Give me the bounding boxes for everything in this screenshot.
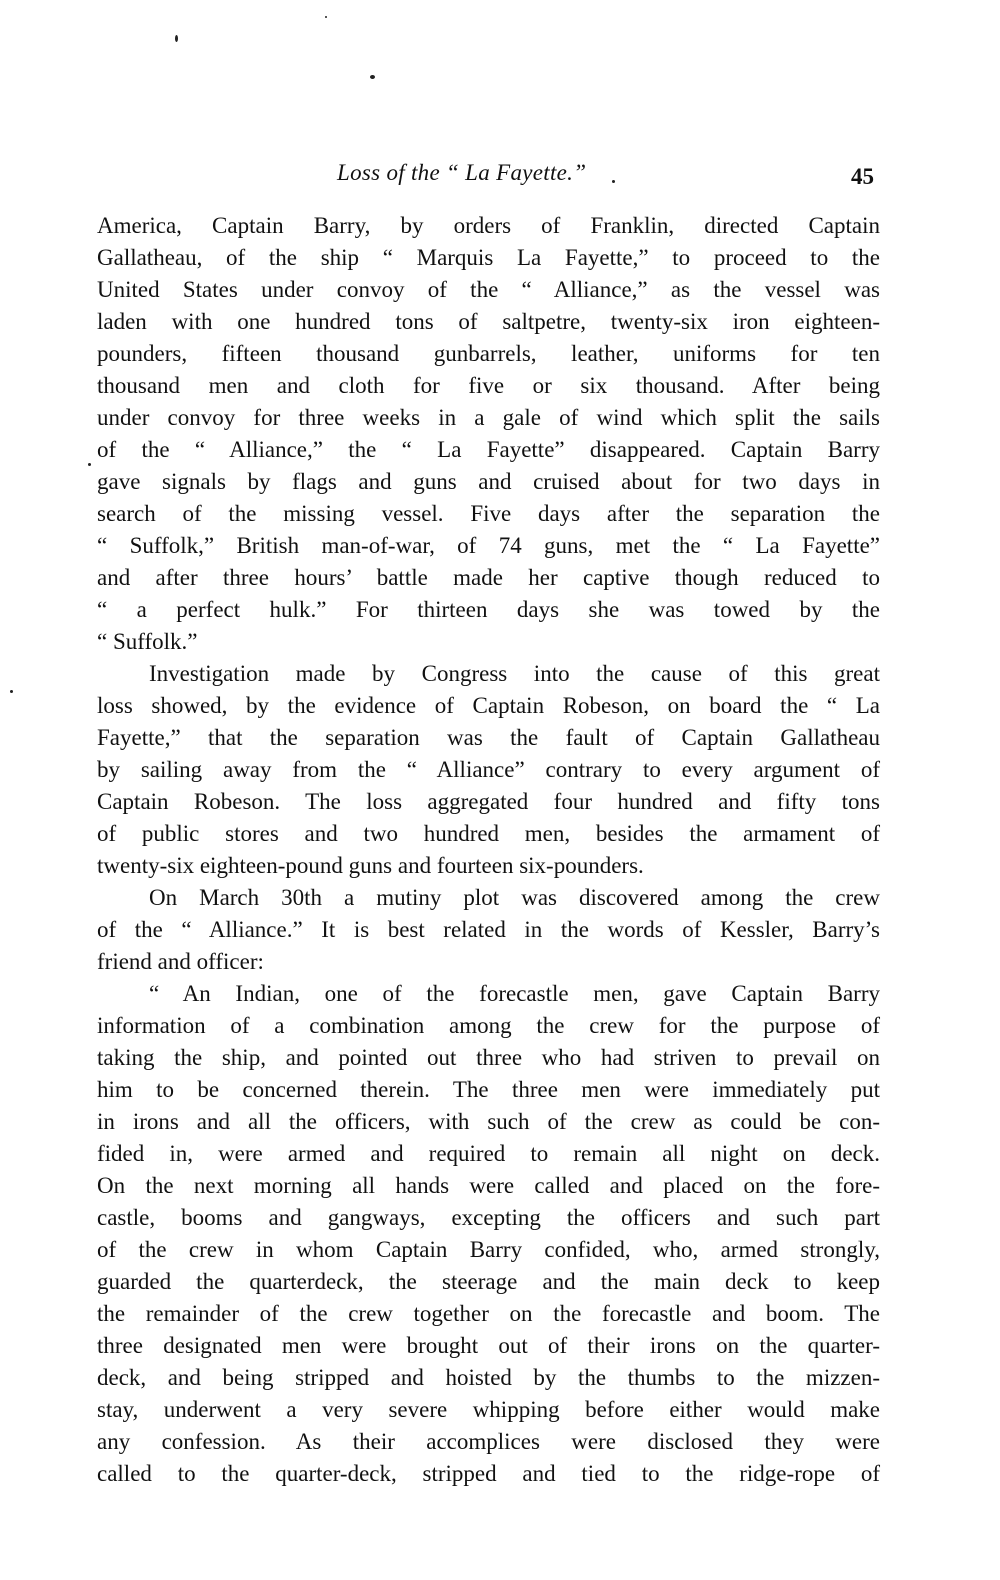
- text-line: information of a combination among the c…: [97, 1010, 880, 1042]
- text-line: three designated men were brought out of…: [97, 1330, 880, 1362]
- page-number: 45: [851, 164, 874, 190]
- text-line: twenty-six eighteen-pound guns and fourt…: [97, 850, 880, 882]
- text-line: of the “ Alliance,” the “ La Fayette” di…: [97, 434, 880, 466]
- text-line: “ Suffolk,” British man-of-war, of 74 gu…: [97, 530, 880, 562]
- text-line: On March 30th a mutiny plot was discover…: [97, 882, 880, 914]
- text-line: fided in, were armed and required to rem…: [97, 1138, 880, 1170]
- scan-speck: [10, 690, 13, 693]
- text-line: Gallatheau, of the ship “ Marquis La Fay…: [97, 242, 880, 274]
- text-line: any confession. As their accomplices wer…: [97, 1426, 880, 1458]
- scan-speck: [370, 75, 375, 79]
- text-line: taking the ship, and pointed out three w…: [97, 1042, 880, 1074]
- text-line: called to the quarter-deck, stripped and…: [97, 1458, 880, 1490]
- running-head: Loss of the “ La Fayette.” 45: [0, 160, 1000, 196]
- scan-speck: [325, 16, 327, 18]
- text-line: pounders, fifteen thousand gunbarrels, l…: [97, 338, 880, 370]
- text-line: “ Suffolk.”: [97, 626, 880, 658]
- text-line: under convoy for three weeks in a gale o…: [97, 402, 880, 434]
- text-line: thousand men and cloth for five or six t…: [97, 370, 880, 402]
- text-line: in irons and all the officers, with such…: [97, 1106, 880, 1138]
- text-line: of public stores and two hundred men, be…: [97, 818, 880, 850]
- text-line: friend and officer:: [97, 946, 880, 978]
- text-line: by sailing away from the “ Alliance” con…: [97, 754, 880, 786]
- text-line: On the next morning all hands were calle…: [97, 1170, 880, 1202]
- text-line: of the crew in whom Captain Barry confid…: [97, 1234, 880, 1266]
- text-line: of the “ Alliance.” It is best related i…: [97, 914, 880, 946]
- text-line: castle, booms and gangways, excepting th…: [97, 1202, 880, 1234]
- text-line: gave signals by flags and guns and cruis…: [97, 466, 880, 498]
- text-line: the remainder of the crew together on th…: [97, 1298, 880, 1330]
- text-line: laden with one hundred tons of saltpetre…: [97, 306, 880, 338]
- text-line: search of the missing vessel. Five days …: [97, 498, 880, 530]
- text-line: loss showed, by the evidence of Captain …: [97, 690, 880, 722]
- text-line: stay, underwent a very severe whipping b…: [97, 1394, 880, 1426]
- scan-speck: [612, 180, 615, 183]
- text-line: Fayette,” that the separation was the fa…: [97, 722, 880, 754]
- scan-speck: [175, 35, 178, 42]
- text-line: “ An Indian, one of the forecastle men, …: [97, 978, 880, 1010]
- text-line: United States under convoy of the “ Alli…: [97, 274, 880, 306]
- text-line: “ a perfect hulk.” For thirteen days she…: [97, 594, 880, 626]
- text-line: Captain Robeson. The loss aggregated fou…: [97, 786, 880, 818]
- body-text: America, Captain Barry, by orders of Fra…: [97, 210, 880, 1490]
- text-line: America, Captain Barry, by orders of Fra…: [97, 210, 880, 242]
- running-title: Loss of the “ La Fayette.”: [337, 160, 586, 186]
- text-line: Investigation made by Congress into the …: [97, 658, 880, 690]
- text-line: deck, and being stripped and hoisted by …: [97, 1362, 880, 1394]
- text-line: him to be concerned therein. The three m…: [97, 1074, 880, 1106]
- text-line: guarded the quarterdeck, the steerage an…: [97, 1266, 880, 1298]
- scan-speck: [88, 463, 91, 466]
- text-line: and after three hours’ battle made her c…: [97, 562, 880, 594]
